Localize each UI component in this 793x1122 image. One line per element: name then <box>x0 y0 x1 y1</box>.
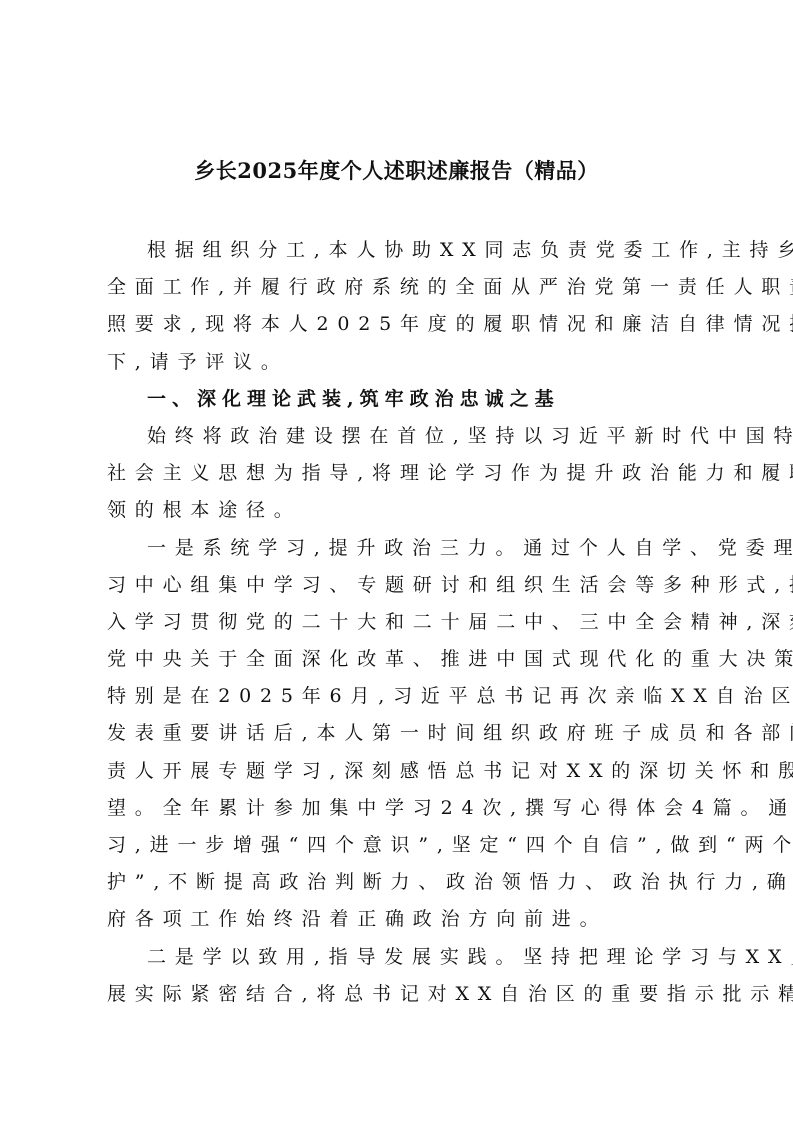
paragraph-apply-learning-line: 二是学以致用,指导发展实践。坚持把理论学习与XX乡发 <box>107 939 689 976</box>
document-title: 乡长2025年度个人述职述廉报告（精品） <box>0 155 793 185</box>
paragraph-systematic-study-line: 望。全年累计参加集中学习24次,撰写心得体会4篇。通过学 <box>107 790 689 827</box>
paragraph-systematic-study-line: 发表重要讲话后,本人第一时间组织政府班子成员和各部门负 <box>107 715 689 752</box>
paragraph-intro-line: 照要求,现将本人2025年度的履职情况和廉洁自律情况报告如 <box>107 306 689 343</box>
paragraph-systematic-study-line: 府各项工作始终沿着正确政治方向前进。 <box>107 901 689 938</box>
section-heading-1: 一、深化理论武装,筑牢政治忠诚之基 <box>107 381 689 418</box>
paragraph-intro-line: 根据组织分工,本人协助XX同志负责党委工作,主持乡政府 <box>107 232 689 269</box>
paragraph-systematic-study-line: 习中心组集中学习、专题研讨和组织生活会等多种形式,持续深 <box>107 567 689 604</box>
paragraph-systematic-study-line: 责人开展专题学习,深刻感悟总书记对XX的深切关怀和殷切期 <box>107 753 689 790</box>
paragraph-systematic-study-line: 入学习贯彻党的二十大和二十届二中、三中全会精神,深刻领会 <box>107 604 689 641</box>
paragraph-apply-learning-line: 展实际紧密结合,将总书记对XX自治区的重要指示批示精神,特 <box>107 976 689 1013</box>
paragraph-intro-line: 下,请予评议。 <box>107 344 689 381</box>
paragraph-systematic-study-line: 习,进一步增强“四个意识”,坚定“四个自信”,做到“两个维 <box>107 827 689 864</box>
paragraph-systematic-study-line: 特别是在2025年6月,习近平总书记再次亲临XX自治区考察并 <box>107 678 689 715</box>
paragraph-systematic-study-line: 党中央关于全面深化改革、推进中国式现代化的重大决策部署。 <box>107 641 689 678</box>
paragraph-intro-line: 全面工作,并履行政府系统的全面从严治党第一责任人职责。按 <box>107 269 689 306</box>
document-body: 根据组织分工,本人协助XX同志负责党委工作,主持乡政府 全面工作,并履行政府系统… <box>107 232 689 1013</box>
document-page: 乡长2025年度个人述职述廉报告（精品） 根据组织分工,本人协助XX同志负责党委… <box>0 0 793 1122</box>
paragraph-systematic-study-line: 一是系统学习,提升政治三力。通过个人自学、党委理论学 <box>107 530 689 567</box>
paragraph-section1-intro-line: 领的根本途径。 <box>107 492 689 529</box>
paragraph-section1-intro-line: 始终将政治建设摆在首位,坚持以习近平新时代中国特色 <box>107 418 689 455</box>
paragraph-section1-intro-line: 社会主义思想为指导,将理论学习作为提升政治能力和履职本 <box>107 455 689 492</box>
paragraph-systematic-study-line: 护”,不断提高政治判断力、政治领悟力、政治执行力,确保政 <box>107 864 689 901</box>
